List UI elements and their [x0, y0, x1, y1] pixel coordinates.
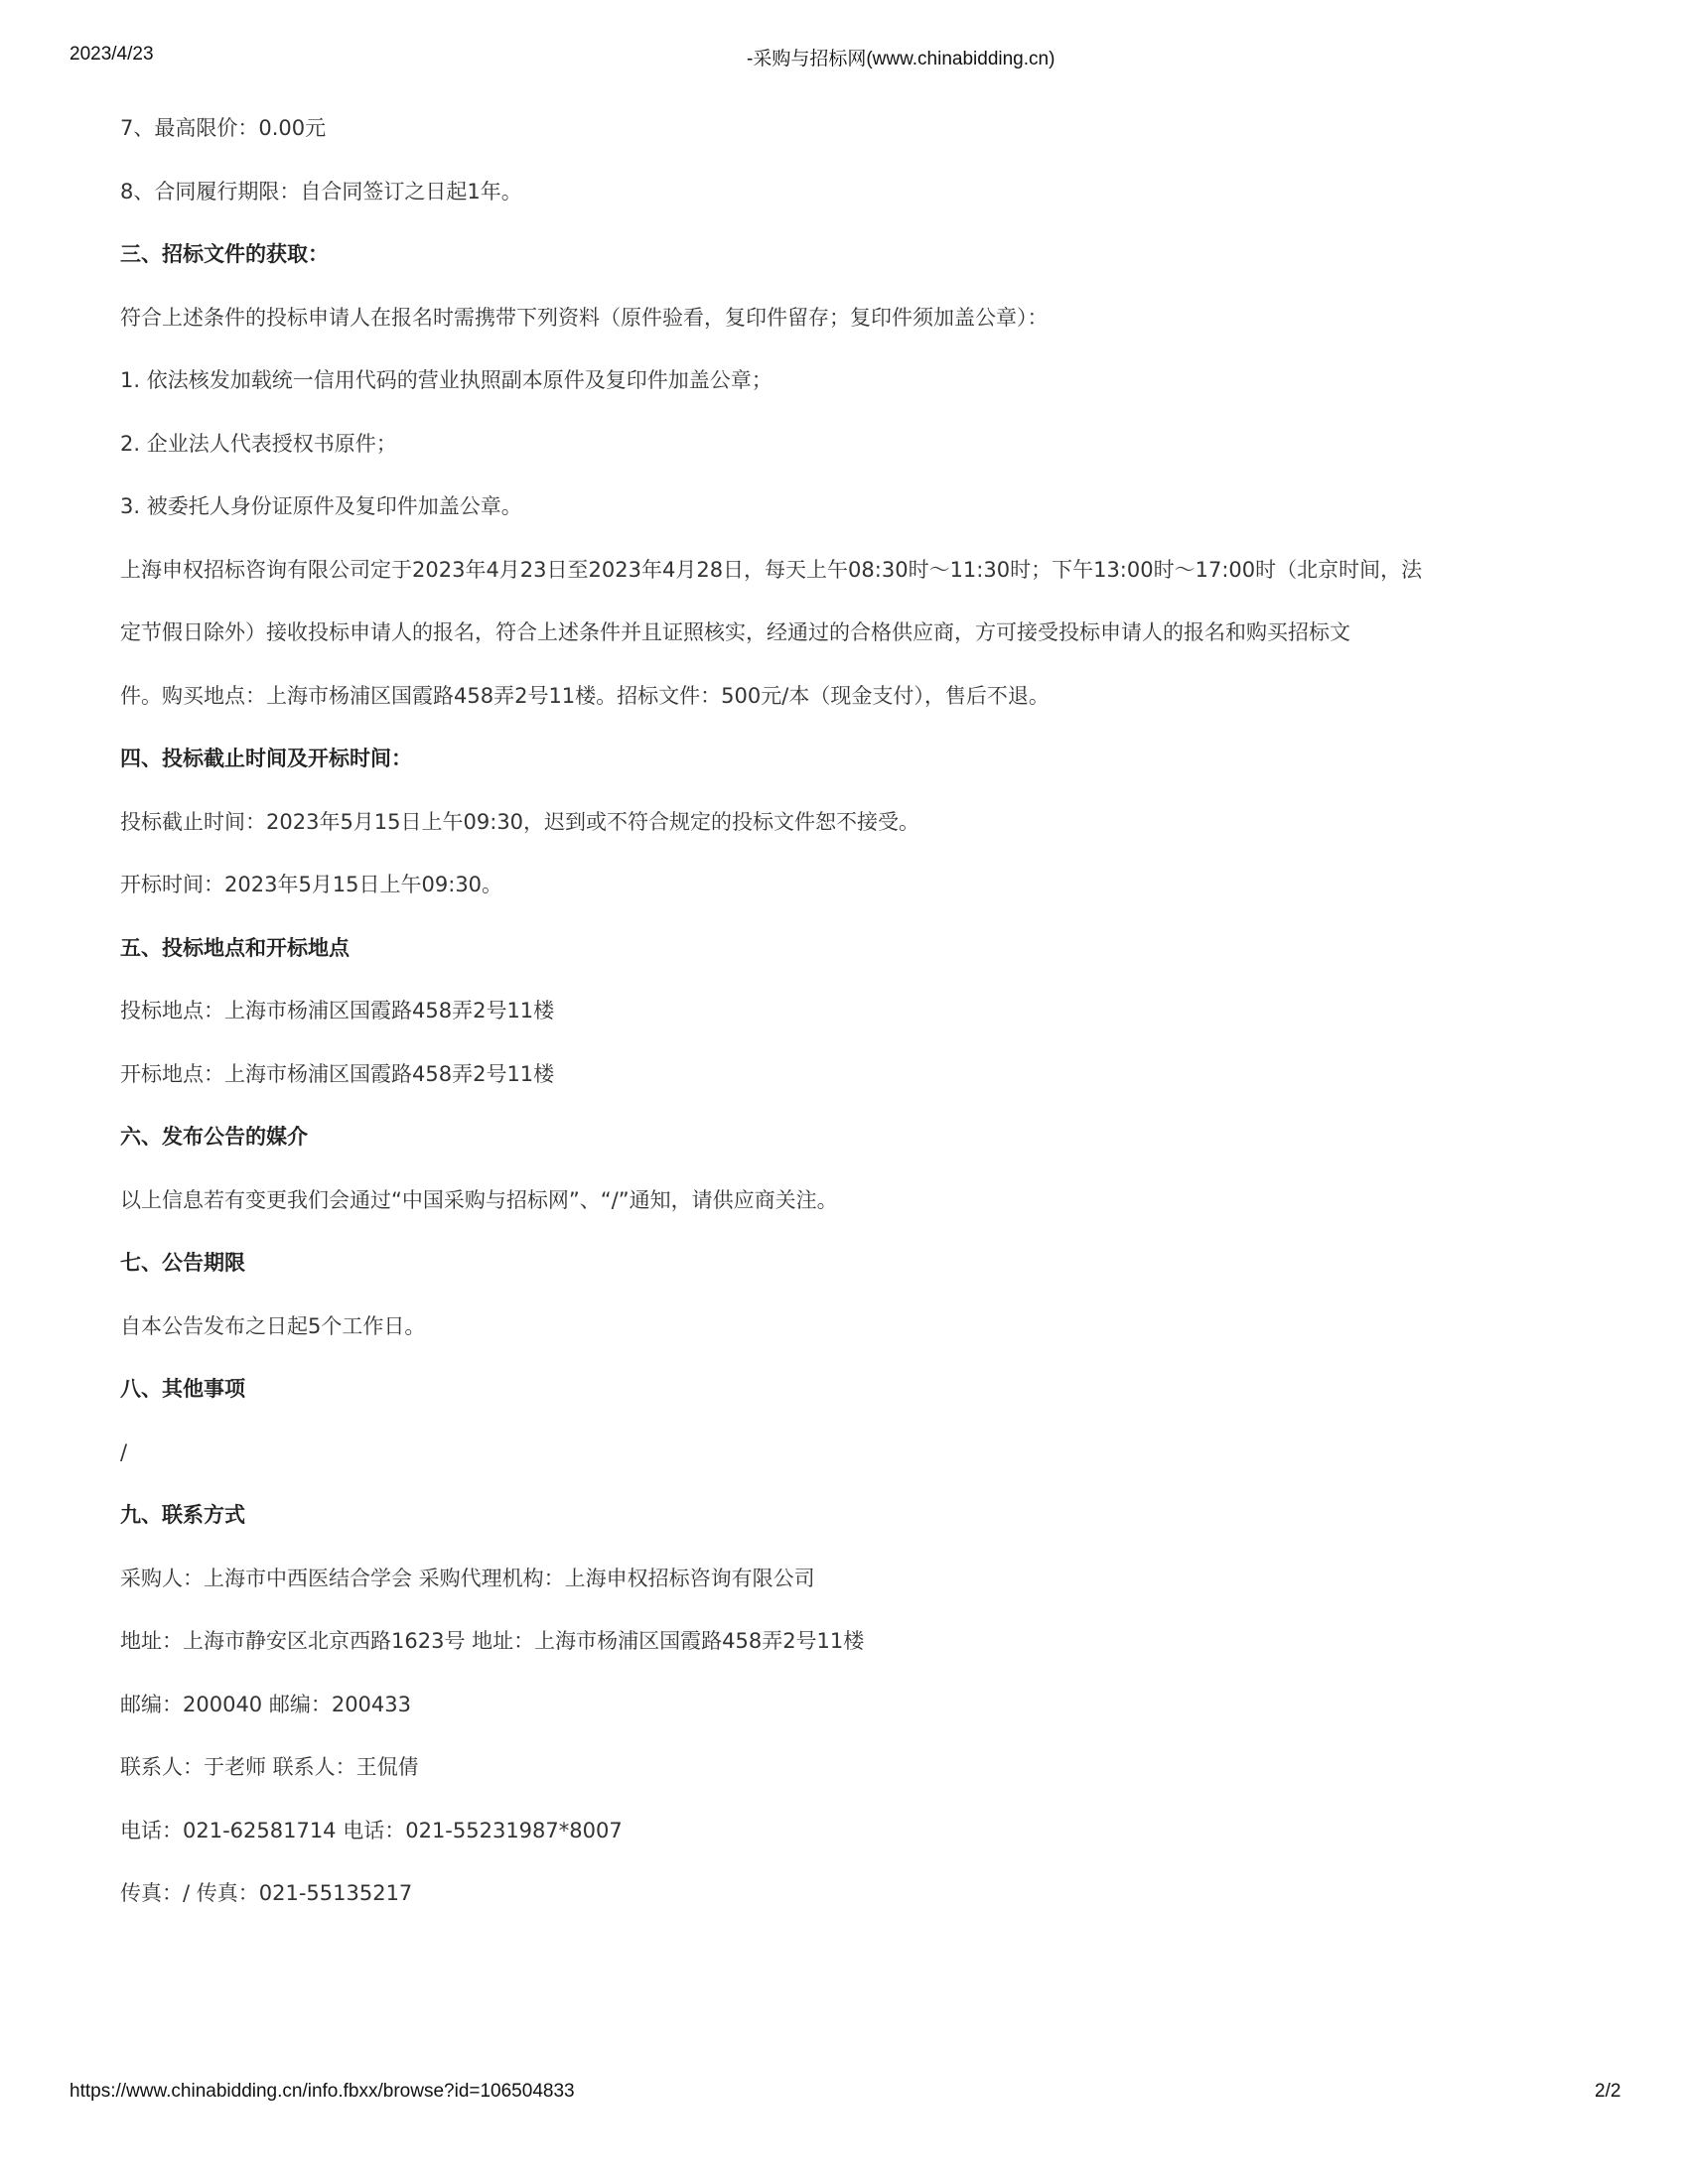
print-date: 2023/4/23 — [70, 44, 154, 66]
section-heading: 五、投标地点和开标地点 — [120, 917, 1570, 981]
paragraph-line: 采购人：上海市中西医结合学会 采购代理机构：上海申权招标咨询有限公司 — [120, 1548, 1570, 1611]
paragraph-line: 投标地点：上海市杨浦区国霞路458弄2号11楼 — [120, 980, 1570, 1043]
paragraph-line: 开标地点：上海市杨浦区国霞路458弄2号11楼 — [120, 1043, 1570, 1107]
section-heading: 三、招标文件的获取： — [120, 223, 1570, 287]
section-heading: 七、公告期限 — [120, 1232, 1570, 1296]
section-heading: 九、联系方式 — [120, 1484, 1570, 1548]
page-header-title: -采购与招标网(www.chinabidding.cn) — [747, 44, 1055, 70]
document-body: 7、最高限价：0.00元8、合同履行期限：自合同签订之日起1年。三、招标文件的获… — [120, 97, 1570, 1926]
paragraph-line: / — [120, 1422, 1570, 1485]
section-heading: 四、投标截止时间及开标时间： — [120, 728, 1570, 791]
paragraph-line: 件。购买地点：上海市杨浦区国霞路458弄2号11楼。招标文件：500元/本（现金… — [120, 665, 1570, 729]
paragraph-line: 以上信息若有变更我们会通过“中国采购与招标网”、“/”通知，请供应商关注。 — [120, 1169, 1570, 1233]
paragraph-line: 联系人：于老师 联系人：王侃倩 — [120, 1736, 1570, 1800]
paragraph-line: 地址：上海市静安区北京西路1623号 地址：上海市杨浦区国霞路458弄2号11楼 — [120, 1610, 1570, 1674]
page-number: 2/2 — [1595, 2081, 1620, 2103]
paragraph-line: 传真：/ 传真：021-55135217 — [120, 1862, 1570, 1926]
paragraph-line: 3. 被委托人身份证原件及复印件加盖公章。 — [120, 476, 1570, 539]
section-heading: 六、发布公告的媒介 — [120, 1106, 1570, 1169]
paragraph-line: 定节假日除外）接收投标申请人的报名，符合上述条件并且证照核实，经通过的合格供应商… — [120, 602, 1570, 665]
paragraph-line: 2. 企业法人代表授权书原件； — [120, 413, 1570, 477]
paragraph-line: 电话：021-62581714 电话：021-55231987*8007 — [120, 1800, 1570, 1863]
paragraph-line: 1. 依法核发加载统一信用代码的营业执照副本原件及复印件加盖公章； — [120, 349, 1570, 413]
paragraph-line: 符合上述条件的投标申请人在报名时需携带下列资料（原件验看，复印件留存；复印件须加… — [120, 287, 1570, 350]
section-heading: 八、其他事项 — [120, 1358, 1570, 1422]
paragraph-line: 8、合同履行期限：自合同签订之日起1年。 — [120, 161, 1570, 224]
page-url: https://www.chinabidding.cn/info.fbxx/br… — [70, 2081, 575, 2103]
paragraph-line: 自本公告发布之日起5个工作日。 — [120, 1296, 1570, 1359]
paragraph-line: 开标时间：2023年5月15日上午09:30。 — [120, 854, 1570, 917]
paragraph-line: 上海申权招标咨询有限公司定于2023年4月23日至2023年4月28日，每天上午… — [120, 539, 1570, 603]
paragraph-line: 投标截止时间：2023年5月15日上午09:30，迟到或不符合规定的投标文件恕不… — [120, 791, 1570, 855]
paragraph-line: 邮编：200040 邮编：200433 — [120, 1674, 1570, 1737]
paragraph-line: 7、最高限价：0.00元 — [120, 97, 1570, 161]
